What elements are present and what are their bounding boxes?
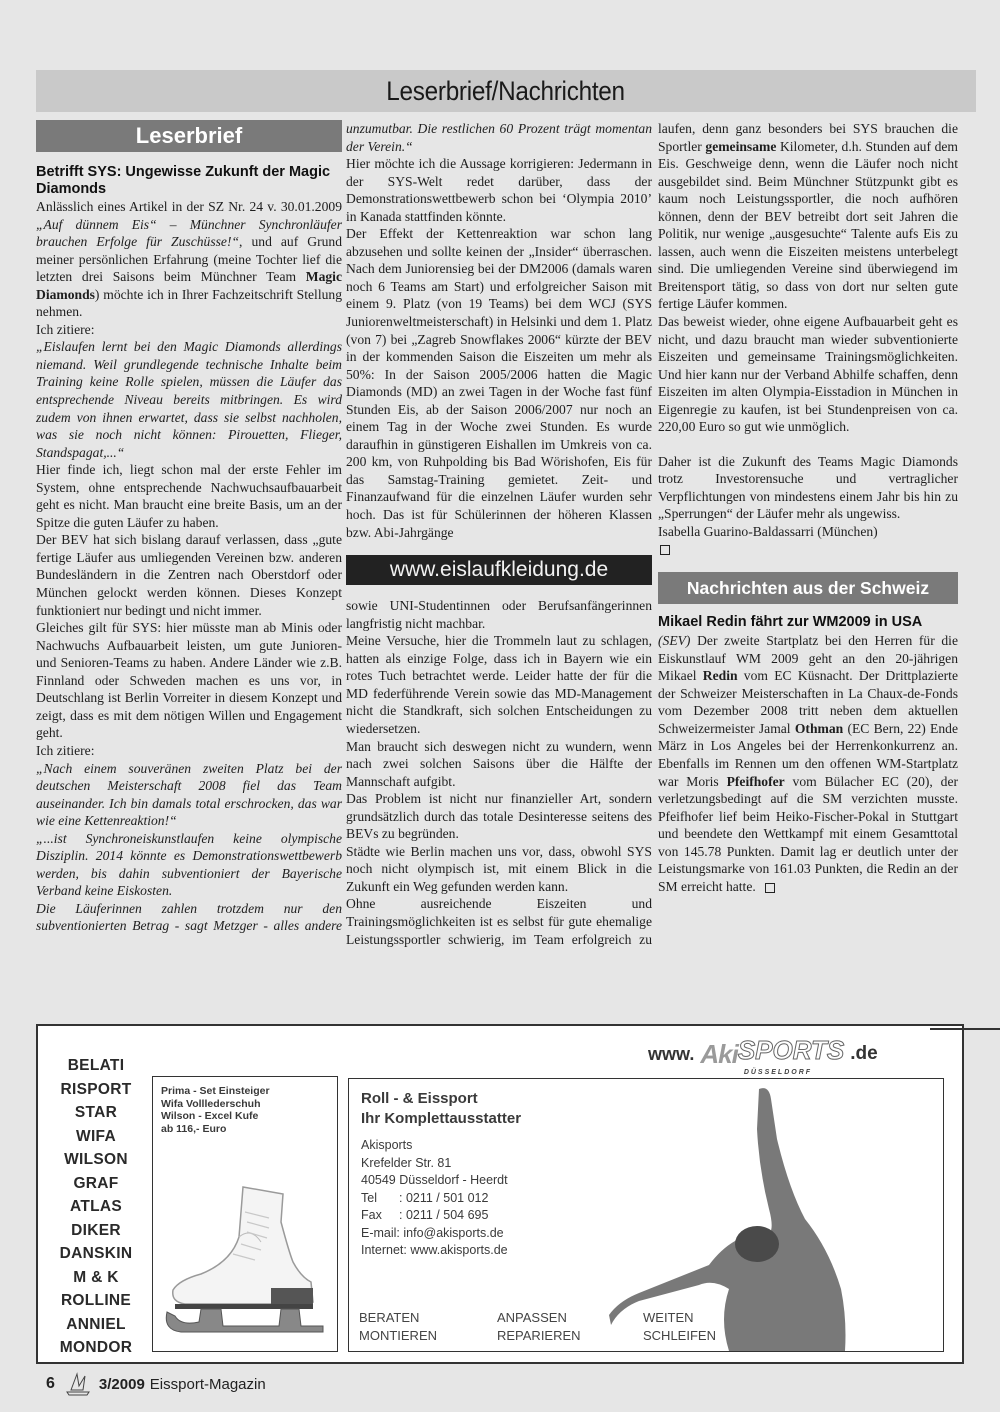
skate-offer-text: Prima - Set Einsteiger Wifa Vollledersch… [161,1085,270,1135]
end-mark-icon [765,883,775,893]
services-group-3: WEITENSCHLEIFEN [643,1309,716,1345]
akisports-logo[interactable]: www. Aki SPORTSDÜSSELDORF .de [648,1034,878,1074]
paragraph: Hier finde ich, liegt schon mal der erst… [36,461,342,531]
page-footer: 6 3/2009 Eissport-Magazin [46,1371,266,1397]
phone: Tel: 0211 / 501 012 [361,1190,508,1208]
quote: „Eislaufen lernt bei den Magic Diamonds … [36,338,342,461]
services-group-2: ANPASSENREPARIEREN [497,1309,581,1345]
article-headline: Betrifft SYS: Ungewisse Zukunft der Magi… [36,164,342,198]
issue-number: 3/2009 [99,1376,145,1393]
end-mark-icon [660,545,670,555]
street-address: Krefelder Str. 81 [361,1155,508,1173]
website-link[interactable]: Internet: www.akisports.de [361,1242,508,1260]
contact-info-box: Roll - & Eissport Ihr Komplettausstatter… [348,1078,944,1352]
paragraph: Gleiches gilt für SYS: hier müsste man a… [36,619,342,742]
brand-list: BELATIRISPORTSTAR WIFAWILSONGRAF ATLASDI… [50,1054,142,1360]
paragraph-continued: laufen, denn ganz besonders bei SYS brau… [658,120,958,313]
paragraph: Ohne ausreichende Eiszeiten und Training… [346,895,652,948]
paragraph: Meine Versuche, hier die Trommeln laut z… [346,632,652,737]
paragraph: Daher ist die Zukunft des Teams Magic Di… [658,453,958,523]
news-headline: Mikael Redin fährt zur WM2009 in USA [658,614,958,631]
quote-continued: unzumutbar. Die restlichen 60 Prozent tr… [346,120,652,155]
company-name: Akisports [361,1137,508,1155]
page-number: 6 [46,1375,55,1393]
divider-line [930,1028,1000,1030]
paragraph: Der Effekt der Kettenreaktion war schon … [346,225,652,541]
paragraph: sowie UNI-Studentinnen oder Berufsanfäng… [346,597,652,632]
akisports-advertisement: BELATIRISPORTSTAR WIFAWILSONGRAF ATLASDI… [36,1024,964,1364]
paragraph: Ich zitiere: [36,742,342,760]
city-address: 40549 Düsseldorf - Heerdt [361,1172,508,1190]
skate-offer-box: Prima - Set Einsteiger Wifa Vollledersch… [152,1076,338,1352]
column-2: unzumutbar. Die restlichen 60 Prozent tr… [346,120,652,948]
magazine-logo-icon [65,1372,91,1396]
quote: „Nach einem souveränen zweiten Platz bei… [36,760,342,830]
paragraph: Anlässlich eines Artikel in der SZ Nr. 2… [36,198,342,321]
paragraph: Hier möchte ich die Aussage korrigieren:… [346,155,652,225]
author-signature: Isabella Guarino-Baldassarri (München) [658,523,958,541]
fax: Fax: 0211 / 504 695 [361,1207,508,1225]
section-label-leserbrief: Leserbrief [36,120,342,152]
email-link[interactable]: E-mail: info@akisports.de [361,1225,508,1243]
column-1: Leserbrief Betrifft SYS: Ungewisse Zukun… [36,120,342,935]
services-group-1: BERATENMONTIEREN [359,1309,437,1345]
quote: Die Läuferinnen zahlen trotzdem nur den … [36,900,342,935]
paragraph: Ich zitiere: [36,321,342,339]
section-label-schweiz: Nachrichten aus der Schweiz [658,572,958,604]
paragraph: Der BEV hat sich bislang darauf verlasse… [36,531,342,619]
url-banner-link[interactable]: www.eislaufkleidung.de [346,555,652,585]
paragraph: Das Problem ist nicht nur finanzieller A… [346,790,652,843]
paragraph: Man braucht sich deswegen nicht zu wunde… [346,738,652,791]
magazine-name: Eissport-Magazin [150,1376,266,1393]
column-3: laufen, denn ganz besonders bei SYS brau… [658,120,958,895]
paragraph: Städte wie Berlin machen uns vor, dass, … [346,843,652,896]
ice-skate-icon [161,1182,331,1342]
page-title: Leserbrief/Nachrichten [387,76,626,107]
paragraph: Das beweist wieder, ohne eigene Aufbauar… [658,313,958,436]
quote: „...ist Synchroneiskunstlaufen keine oly… [36,830,342,900]
news-body: (SEV) Der zweite Startplatz bei den Herr… [658,632,958,895]
page-header: Leserbrief/Nachrichten [36,70,976,112]
contact-details: Akisports Krefelder Str. 81 40549 Düssel… [361,1137,508,1260]
ad-title: Roll - & Eissport Ihr Komplettausstatter [361,1089,521,1129]
